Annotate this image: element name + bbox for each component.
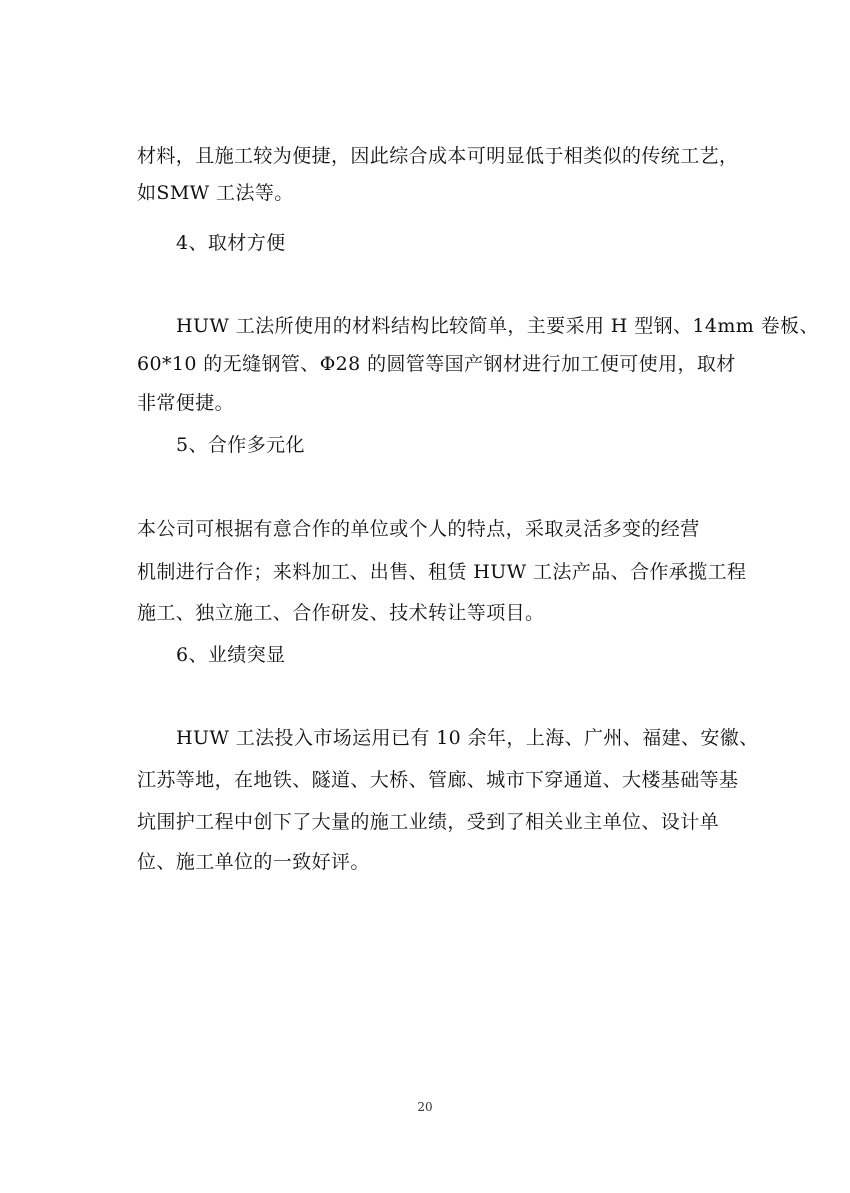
paragraph-line: 位、施工单位的一致好评。 bbox=[137, 850, 370, 874]
paragraph-line: 机制进行合作；来料加工、出售、租赁 HUW 工法产品、合作承揽工程 bbox=[137, 560, 746, 584]
section-heading-6: 6、业绩突显 bbox=[176, 643, 286, 667]
page-number: 20 bbox=[0, 1100, 850, 1114]
paragraph-line: 非常便捷。 bbox=[137, 391, 234, 415]
paragraph-line: 本公司可根据有意合作的单位或个人的特点，采取灵活多变的经营 bbox=[137, 517, 700, 541]
paragraph-line: HUW 工法投入市场运用已有 10 余年，上海、广州、福建、安徽、 bbox=[176, 726, 759, 750]
paragraph-line: 坑围护工程中创下了大量的施工业绩，受到了相关业主单位、设计单 bbox=[137, 810, 719, 834]
section-heading-4: 4、取材方便 bbox=[176, 231, 286, 255]
paragraph-line: 如SMW 工法等。 bbox=[137, 181, 294, 205]
document-page: 材料，且施工较为便捷，因此综合成本可明显低于相类似的传统工艺， 如SMW 工法等… bbox=[0, 0, 850, 1193]
section-heading-5: 5、合作多元化 bbox=[176, 433, 305, 457]
paragraph-line: 60*10 的无缝钢管、Φ28 的圆管等国产钢材进行加工便可使用，取材 bbox=[137, 352, 736, 376]
paragraph-line: 施工、独立施工、合作研发、技术转让等项目。 bbox=[137, 601, 544, 625]
paragraph-line: 江苏等地，在地铁、隧道、大桥、管廊、城市下穿通道、大楼基础等基 bbox=[137, 768, 738, 792]
paragraph-line: HUW 工法所使用的材料结构比较简单，主要采用 H 型钢、14mm 卷板、 bbox=[176, 314, 819, 338]
paragraph-line: 材料，且施工较为便捷，因此综合成本可明显低于相类似的传统工艺， bbox=[137, 144, 738, 168]
